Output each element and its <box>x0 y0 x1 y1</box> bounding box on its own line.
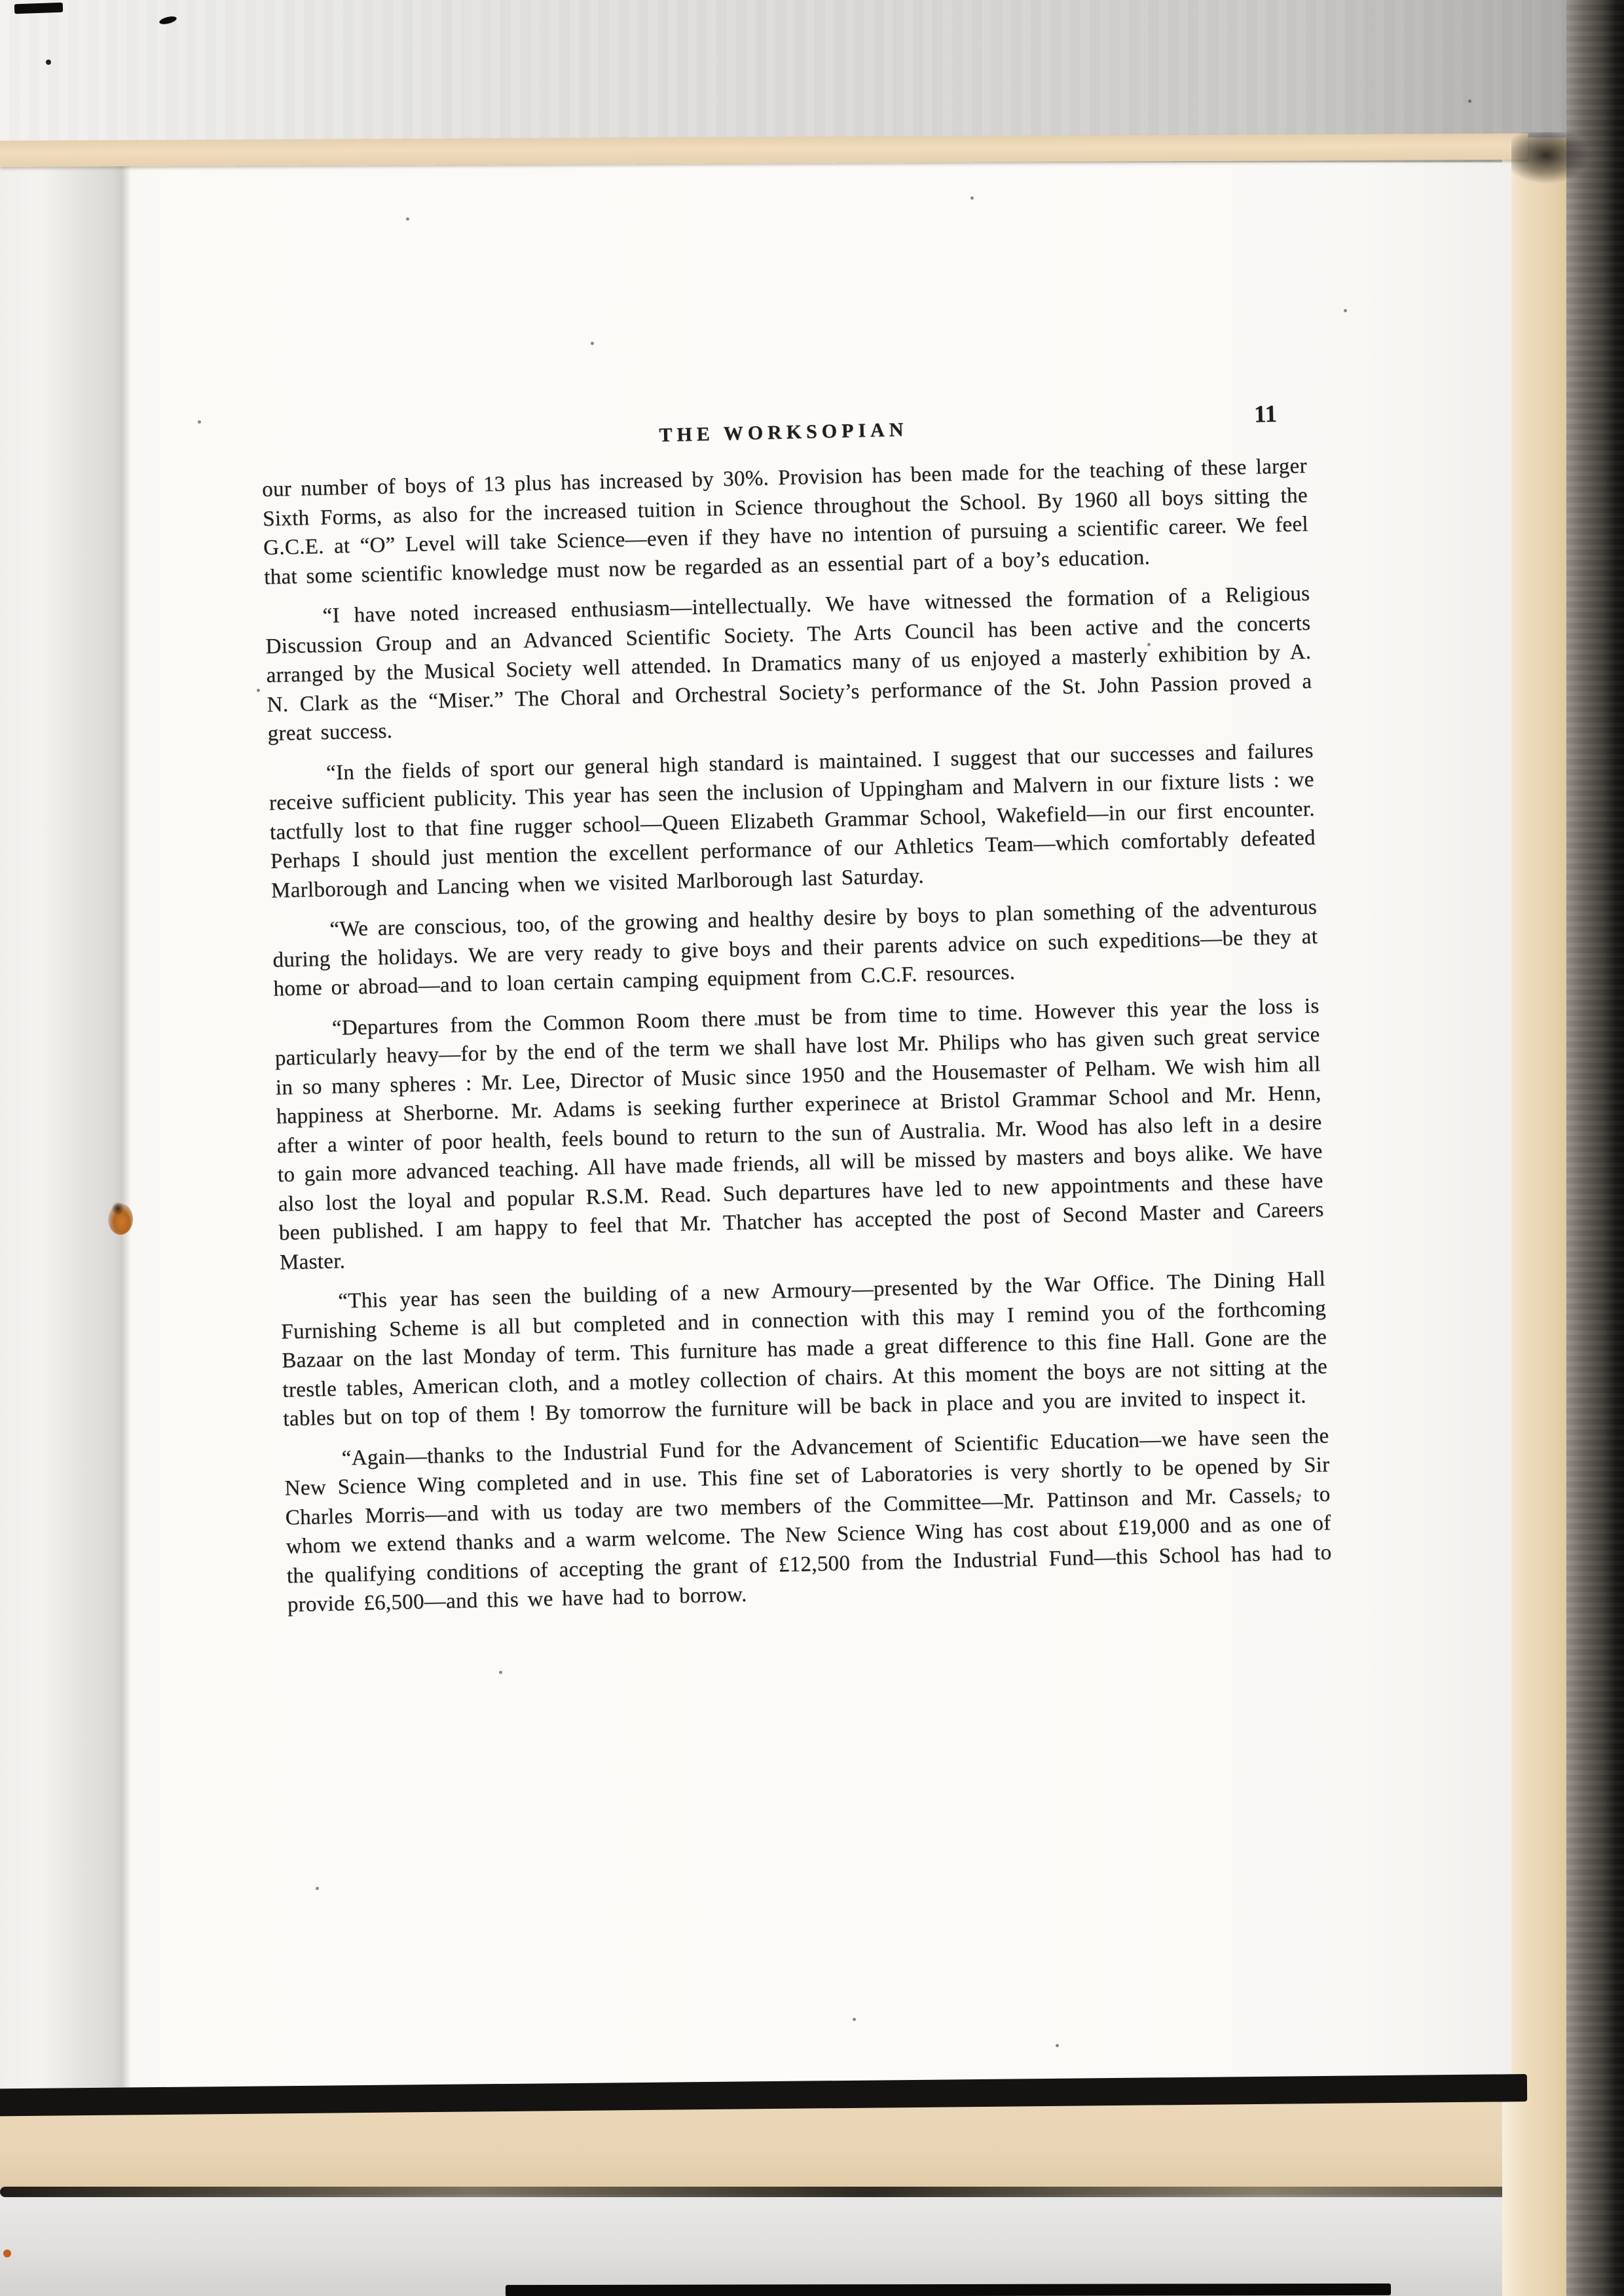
corner-smudge <box>1511 132 1589 183</box>
rust-stain-core <box>112 1202 124 1215</box>
paragraph-4: “We are conscious, too, of the growing a… <box>272 893 1319 1004</box>
printed-text-block: THE WORKSOPIAN 11 our number of boys of … <box>261 403 1333 1631</box>
ink-speck <box>406 217 409 221</box>
paragraph-7: “Again—thanks to the Industrial Fund for… <box>284 1421 1333 1620</box>
cover-edge-shadow-line <box>0 2187 1579 2197</box>
ink-speck <box>1344 309 1347 312</box>
running-header-title: THE WORKSOPIAN <box>659 419 908 447</box>
orange-speck <box>3 2250 11 2257</box>
ink-speck <box>970 196 974 200</box>
ink-speck <box>257 689 260 692</box>
ink-speck <box>1056 2044 1059 2047</box>
paragraph-2: “I have noted increased enthusiasm—intel… <box>265 579 1313 749</box>
scan-right-streaks <box>1566 0 1624 2296</box>
ink-speck <box>1468 100 1471 103</box>
ink-speck <box>198 420 201 424</box>
scan-edge-black-strip <box>506 2284 1391 2296</box>
ink-speck <box>853 2018 856 2021</box>
scan-mark <box>46 60 51 65</box>
ink-speck <box>316 1887 319 1890</box>
paragraph-1: our number of boys of 13 plus has increa… <box>262 452 1310 592</box>
gutter-shadow <box>41 162 131 2091</box>
scanner-background-bottom <box>0 2193 1614 2296</box>
ink-speck <box>591 342 594 345</box>
scanned-book-page: THE WORKSOPIAN 11 our number of boys of … <box>0 0 1624 2296</box>
page-fore-edge <box>1502 137 1574 2296</box>
paragraph-5: “Departures from the Common Room there m… <box>274 991 1325 1277</box>
paragraph-6: “This year has seen the building of a ne… <box>280 1264 1329 1434</box>
page-number: 11 <box>1254 400 1278 429</box>
paragraph-3: “In the fields of sport our general high… <box>268 736 1317 905</box>
page-body-text: our number of boys of 13 plus has increa… <box>262 452 1333 1620</box>
ink-speck <box>499 1671 502 1674</box>
scan-mark <box>14 3 63 14</box>
